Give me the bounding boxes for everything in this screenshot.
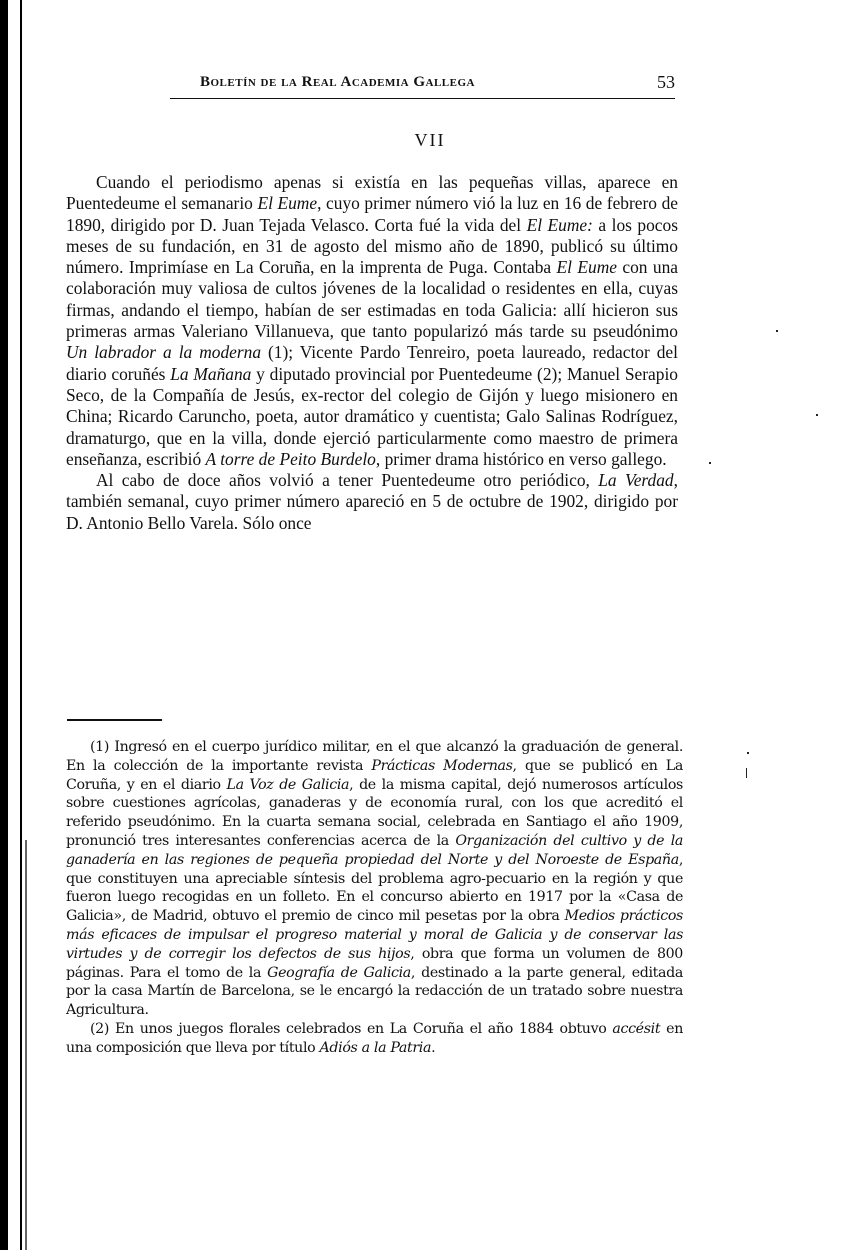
- running-head: Boletín de la Real Academia Gallega 53: [170, 72, 675, 99]
- running-title: Boletín de la Real Academia Gallega: [200, 74, 475, 91]
- body-paragraph: Al cabo de doce años volvió a tener Puen…: [66, 470, 678, 534]
- scan-binding-edge: [20, 0, 22, 1250]
- footnote-2: (2) En unos juegos florales celebrados e…: [66, 1020, 683, 1058]
- footnote-rule: [67, 719, 162, 721]
- section-heading: VII: [0, 130, 850, 151]
- footnote-1: (1) Ingresó en el cuerpo jurídico milita…: [66, 738, 683, 1020]
- scan-binding-shadow: [0, 0, 8, 1250]
- footnotes: (1) Ingresó en el cuerpo jurídico milita…: [66, 738, 683, 1058]
- body-text: Cuando el periodismo apenas si existía e…: [66, 172, 678, 534]
- scan-binding-edge-lower: [25, 840, 27, 1250]
- page-number: 53: [657, 72, 675, 93]
- body-paragraph: Cuando el periodismo apenas si existía e…: [66, 172, 678, 470]
